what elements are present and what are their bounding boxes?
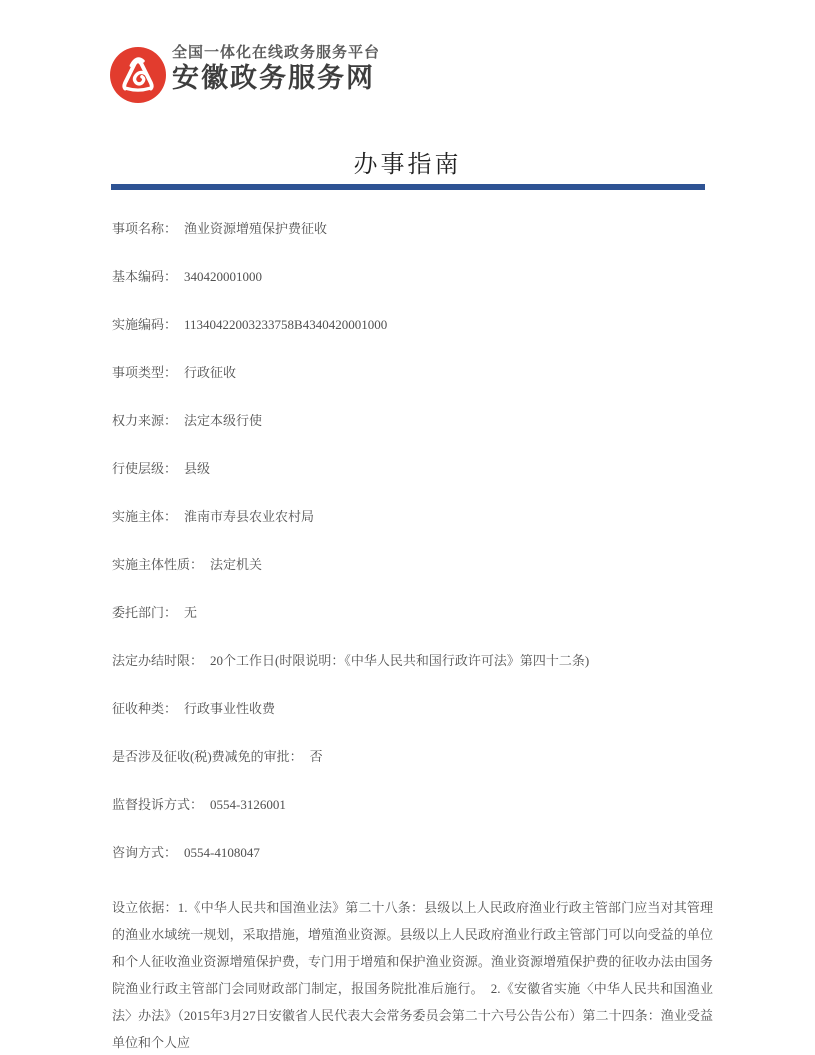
field-label: 实施主体： bbox=[112, 509, 177, 524]
site-name: 安徽政务服务网 bbox=[172, 64, 380, 92]
field-label: 事项名称： bbox=[112, 221, 177, 236]
field-label: 权力来源： bbox=[112, 413, 177, 428]
field-row-power-source: 权力来源：法定本级行使 bbox=[112, 414, 713, 428]
field-label: 基本编码： bbox=[112, 269, 177, 284]
field-label: 实施主体性质： bbox=[112, 557, 203, 572]
legal-basis-text: 1.《中华人民共和国渔业法》第二十八条：县级以上人民政府渔业行政主管部门应当对其… bbox=[112, 900, 713, 1050]
field-row-consultation-contact: 咨询方式：0554-4108047 bbox=[112, 846, 713, 860]
field-row-fee-reduction-approval: 是否涉及征收(税)费减免的审批：否 bbox=[112, 750, 713, 764]
site-title-block: 全国一体化在线政务服务平台 安徽政务服务网 bbox=[172, 45, 380, 92]
legal-basis-label: 设立依据： bbox=[112, 900, 178, 915]
field-label: 事项类型： bbox=[112, 365, 177, 380]
field-label: 是否涉及征收(税)费减免的审批： bbox=[112, 749, 303, 764]
field-value: 县级 bbox=[184, 461, 210, 476]
field-row-levy-category: 征收种类：行政事业性收费 bbox=[112, 702, 713, 716]
field-label: 咨询方式： bbox=[112, 845, 177, 860]
legal-basis-paragraph: 设立依据：1.《中华人民共和国渔业法》第二十八条：县级以上人民政府渔业行政主管部… bbox=[112, 894, 713, 1055]
field-value: 340420001000 bbox=[184, 269, 262, 284]
service-guide-page: 全国一体化在线政务服务平台 安徽政务服务网 办事指南 事项名称：渔业资源增殖保护… bbox=[0, 0, 815, 1055]
field-row-implementation-code: 实施编码：11340422003233758B4340420001000 bbox=[112, 318, 713, 332]
field-value: 无 bbox=[184, 605, 197, 620]
title-divider bbox=[111, 184, 705, 190]
field-value: 法定机关 bbox=[210, 557, 262, 572]
field-label: 实施编码： bbox=[112, 317, 177, 332]
field-label: 监督投诉方式： bbox=[112, 797, 203, 812]
field-value: 行政征收 bbox=[184, 365, 236, 380]
page-title: 办事指南 bbox=[0, 144, 815, 179]
guide-content: 事项名称：渔业资源增殖保护费征收 基本编码：340420001000 实施编码：… bbox=[112, 222, 713, 1055]
field-value: 0554-4108047 bbox=[184, 845, 260, 860]
field-value: 11340422003233758B4340420001000 bbox=[184, 317, 387, 332]
field-row-implementing-body: 实施主体：淮南市寿县农业农村局 bbox=[112, 510, 713, 524]
field-row-basic-code: 基本编码：340420001000 bbox=[112, 270, 713, 284]
platform-tagline: 全国一体化在线政务服务平台 bbox=[172, 45, 380, 61]
field-label: 征收种类： bbox=[112, 701, 177, 716]
field-row-entrusting-department: 委托部门：无 bbox=[112, 606, 713, 620]
field-label: 法定办结时限： bbox=[112, 653, 203, 668]
field-value: 法定本级行使 bbox=[184, 413, 262, 428]
field-row-item-type: 事项类型：行政征收 bbox=[112, 366, 713, 380]
field-value: 20个工作日(时限说明：《中华人民共和国行政许可法》第四十二条) bbox=[210, 653, 589, 668]
field-row-item-name: 事项名称：渔业资源增殖保护费征收 bbox=[112, 222, 713, 236]
field-value: 否 bbox=[310, 749, 323, 764]
field-label: 行使层级： bbox=[112, 461, 177, 476]
field-row-body-nature: 实施主体性质：法定机关 bbox=[112, 558, 713, 572]
site-header: 全国一体化在线政务服务平台 安徽政务服务网 bbox=[0, 0, 815, 120]
field-value: 渔业资源增殖保护费征收 bbox=[184, 221, 327, 236]
field-value: 0554-3126001 bbox=[210, 797, 286, 812]
field-value: 行政事业性收费 bbox=[184, 701, 275, 716]
field-row-statutory-time-limit: 法定办结时限：20个工作日(时限说明：《中华人民共和国行政许可法》第四十二条) bbox=[112, 654, 713, 668]
field-value: 淮南市寿县农业农村局 bbox=[184, 509, 314, 524]
field-row-exercise-level: 行使层级：县级 bbox=[112, 462, 713, 476]
anhui-government-platform-logo-icon bbox=[110, 47, 166, 103]
field-row-complaint-contact: 监督投诉方式：0554-3126001 bbox=[112, 798, 713, 812]
field-label: 委托部门： bbox=[112, 605, 177, 620]
